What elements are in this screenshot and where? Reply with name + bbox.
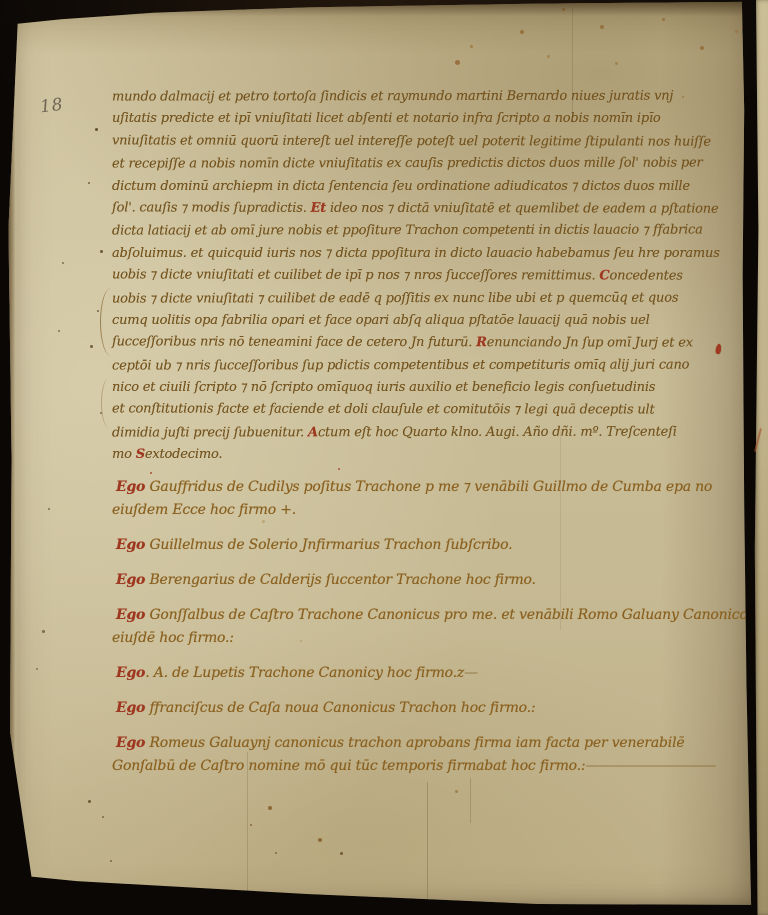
rubricated-initial: Ego bbox=[116, 572, 145, 588]
stain-spot bbox=[88, 182, 90, 184]
stain-spot bbox=[58, 330, 60, 332]
stain-spot bbox=[455, 790, 458, 793]
charter-line: uobis ⁊ dicte vniuſitati et cuilibet de … bbox=[112, 264, 746, 288]
stain-spot bbox=[338, 468, 340, 470]
charter-line: nico et ciuili ſcripto ⁊ nō ſcripto omīq… bbox=[112, 377, 746, 399]
rubricated-initial: Ego bbox=[116, 735, 145, 751]
signature-line: Ego ffranciſcus de Caſa noua Canonicus T… bbox=[112, 697, 748, 720]
charter-line: uſitatis predicte et ipī vniuſitati lice… bbox=[112, 108, 746, 130]
rubricated-initial: A bbox=[308, 425, 318, 440]
charter-line: mundo dalmacij et petro tortoſa ſindicis… bbox=[112, 85, 746, 108]
signature-block: Ego Gauffridus de Cudilys poſitus Tracho… bbox=[112, 476, 748, 790]
charter-line: mo Sextodecimo. bbox=[112, 444, 746, 466]
stain-spot bbox=[42, 630, 45, 633]
stain-spot bbox=[615, 62, 618, 65]
rubricated-initial: Ego bbox=[116, 479, 145, 495]
stain-spot bbox=[700, 46, 704, 50]
signature-line: Ego Gauffridus de Cudilys poſitus Tracho… bbox=[112, 476, 748, 522]
rubricated-initial: — bbox=[464, 665, 477, 681]
charter-line: dimidia juſti precij ſubuenitur. Actum e… bbox=[112, 421, 746, 444]
stain-spot bbox=[318, 838, 322, 842]
margin-brace-mark bbox=[100, 288, 113, 356]
stain-spot bbox=[36, 668, 38, 670]
signature-line: Ego Gonſſalbus de Caſtro Trachone Canoni… bbox=[112, 604, 748, 650]
crease-line bbox=[427, 782, 428, 900]
rubricated-initial: C bbox=[599, 268, 609, 283]
signature-line: Ego Berengarius de Calderijs ſuccentor T… bbox=[112, 569, 748, 592]
rubricated-initial: Ego bbox=[116, 607, 145, 623]
charter-line: ſol'. cauſis ⁊ modis ſupradictis. Et ide… bbox=[112, 197, 746, 221]
stain-spot bbox=[95, 128, 98, 131]
rubricated-initial: Ego bbox=[116, 537, 145, 553]
signature-line: Ego Romeus Galuaynj canonicus trachon ap… bbox=[112, 732, 748, 778]
rubricated-initial: S bbox=[136, 447, 145, 462]
stain-spot bbox=[562, 8, 565, 11]
stain-spot bbox=[662, 18, 665, 21]
stain-spot bbox=[455, 60, 460, 65]
charter-line: et recepiſſe a nobis nomīn dicte vniuſit… bbox=[112, 153, 746, 176]
charter-line: cumq uolitis opa fabrilia opari et face … bbox=[112, 310, 746, 332]
rubricated-initial: Et bbox=[311, 201, 327, 216]
rubricated-initial: Ego bbox=[116, 700, 145, 716]
charter-line: vniuſitatis et omniū quorū intereſt uel … bbox=[112, 130, 746, 154]
stain-spot bbox=[97, 310, 99, 312]
stain-spot bbox=[62, 262, 64, 264]
stain-spot bbox=[520, 30, 524, 34]
stain-spot bbox=[102, 816, 104, 818]
rubricated-initial: R bbox=[476, 335, 487, 350]
stain-spot bbox=[275, 852, 277, 854]
charter-line: ſucceſſoribus nris nō teneamini face de … bbox=[112, 332, 746, 356]
stain-spot bbox=[340, 852, 343, 855]
stain-spot bbox=[110, 860, 112, 862]
charter-line: dicta latiacij et ab omī jure nobis et p… bbox=[112, 220, 746, 243]
stain-spot bbox=[88, 800, 91, 803]
folio-number: 18 bbox=[39, 95, 65, 118]
stain-spot bbox=[90, 345, 93, 348]
charter-line: ceptōi ub ⁊ nris ſucceſſoribus ſup pdict… bbox=[112, 354, 746, 377]
charter-text-block: mundo dalmacij et petro tortoſa ſindicis… bbox=[112, 86, 746, 467]
margin-brace-mark bbox=[101, 378, 114, 428]
stain-spot bbox=[150, 472, 152, 474]
rubricated-initial: —————————— bbox=[585, 758, 715, 774]
stain-spot bbox=[470, 45, 473, 48]
parchment-page: 18 mundo dalmacij et petro tortoſa ſindi… bbox=[0, 0, 768, 915]
adjacent-page-edge bbox=[753, 0, 768, 915]
signature-line: Ego Guillelmus de Solerio Jnfirmarius Tr… bbox=[112, 534, 748, 557]
charter-line: abſoluimus. et quicquid iuris nos ⁊ dict… bbox=[112, 243, 746, 265]
signature-line: Ego. A. de Lupetis Trachone Canonicy hoc… bbox=[112, 662, 748, 685]
stain-spot bbox=[100, 250, 103, 253]
stain-spot bbox=[600, 25, 604, 29]
manuscript-photo: 18 mundo dalmacij et petro tortoſa ſindi… bbox=[0, 0, 768, 915]
stain-spot bbox=[268, 806, 272, 810]
stain-spot bbox=[250, 824, 252, 826]
rubricated-initial: Ego bbox=[116, 665, 145, 681]
charter-line: uobis ⁊ dicte vniuſitati ⁊ cuilibet de e… bbox=[112, 287, 746, 310]
stain-spot bbox=[48, 508, 50, 510]
stain-spot bbox=[735, 30, 738, 33]
charter-line: dictum dominū archiepm in dicta ſentenci… bbox=[112, 176, 746, 198]
charter-line: et conſtitutionis facte et faciende et d… bbox=[112, 399, 746, 423]
stain-spot bbox=[547, 55, 550, 58]
